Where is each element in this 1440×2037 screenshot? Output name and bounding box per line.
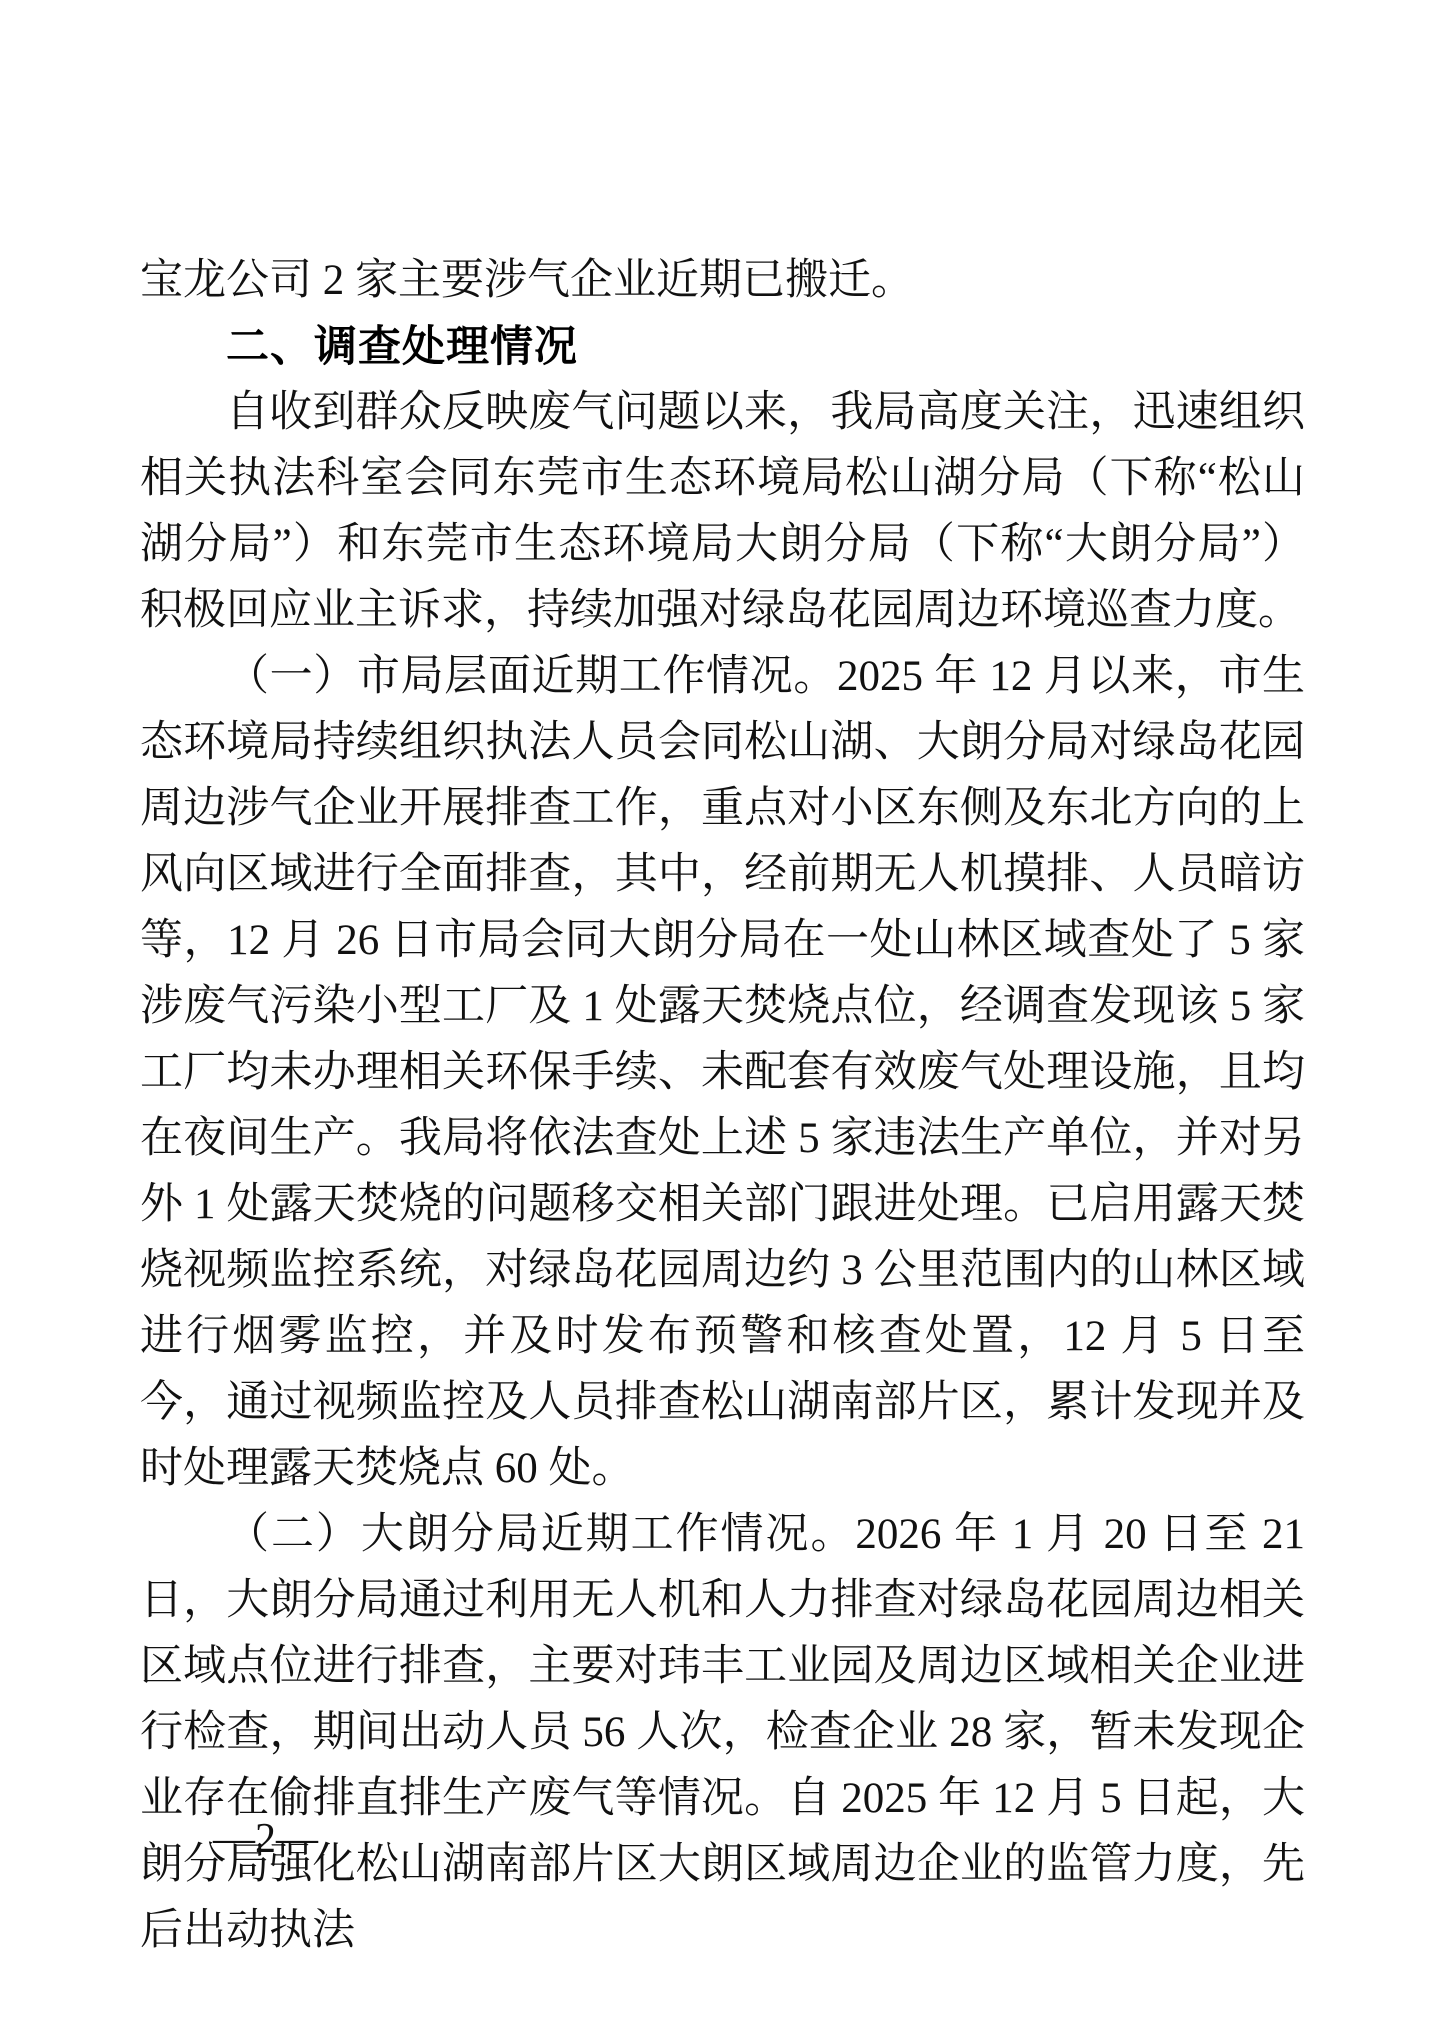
page-number: —2— — [213, 1815, 318, 1863]
section-heading: 二、调查处理情况 — [140, 314, 1305, 380]
document-text-block: 宝龙公司 2 家主要涉气企业近期已搬迁。 二、调查处理情况 自收到群众反映废气问… — [140, 248, 1305, 1964]
paragraph-city-bureau-work: （一）市局层面近期工作情况。2025 年 12 月以来，市生态环境局持续组织执法… — [140, 644, 1305, 1502]
document-page: 宝龙公司 2 家主要涉气企业近期已搬迁。 二、调查处理情况 自收到群众反映废气问… — [0, 0, 1440, 2037]
continuation-line: 宝龙公司 2 家主要涉气企业近期已搬迁。 — [140, 248, 1305, 314]
paragraph-dalang-branch-work: （二）大朗分局近期工作情况。2026 年 1 月 20 日至 21 日，大朗分局… — [140, 1502, 1305, 1964]
paragraph-intro: 自收到群众反映废气问题以来，我局高度关注，迅速组织相关执法科室会同东莞市生态环境… — [140, 380, 1305, 644]
